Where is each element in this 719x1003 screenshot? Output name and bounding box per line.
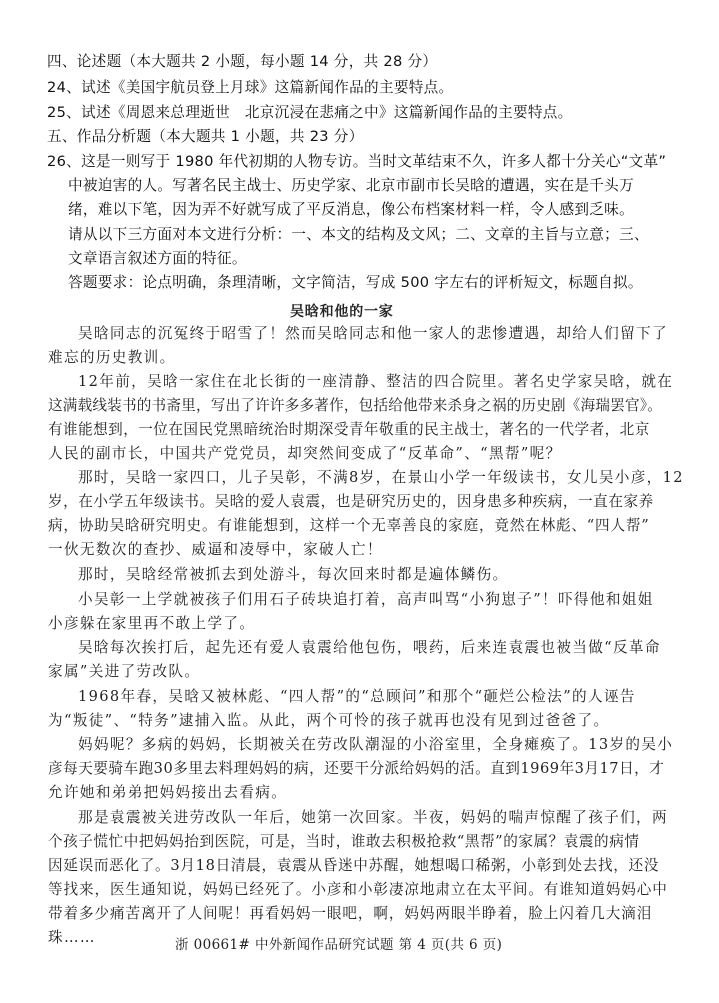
article-line: 彦每天要骑车跑30多里去料理妈妈的病，还要干分派给妈妈的活。直到1969年3月1… [48,759,664,779]
article-line: 为“叛徒”、“特务”逮捕入监。从此，两个可怜的孩子就再也没有见到过爸爸了。 [48,711,609,731]
article-line: 那时，吴晗经常被抓去到处游斗，每次回来时都是遍体鳞伤。 [78,565,508,585]
question-26-line: 26、这是一则写于 1980 年代初期的人物专访。当时文革结束不久，许多人都十分… [47,152,666,172]
article-line: 小彦躲在家里再不敢上学了。 [48,614,255,634]
page-footer: 浙 00661# 中外新闻作品研究试题 第 4 页(共 6 页) [175,935,502,955]
article-line: 因延误而恶化了。3月18日清晨，袁震从昏迷中苏醒，她想喝口稀粥，小彰到处去找，还… [48,856,659,876]
article-line: 那是袁震被关进劳改队一年后，她第一次回家。半夜，妈妈的喘声惊醒了孩子们，两 [78,808,668,828]
article-line: 带着多少痛苦离开了人间呢！再看妈妈一眼吧，啊，妈妈两眼半睁着，脸上闪着几大滴泪 [48,904,652,924]
article-line: 个孩子慌忙中把妈妈抬到医院，可是，当时，谁敢去积极抢救“黑帮”的家属？袁震的病情 [48,832,640,852]
article-line: 妈妈呢？多病的妈妈，长期被关在劳改队潮湿的小浴室里，全身瘫痪了。13岁的吴小 [78,735,673,755]
article-line: 小吴彰一上学就被孩子们用石子砖块追打着，高声叫骂“小狗崽子”！吓得他和姐姐 [78,590,654,610]
article-line: 允许她和弟弟把妈妈接出去看病。 [48,783,287,803]
article-title: 吴晗和他的一家 [290,302,394,322]
article-line: 12年前，吴晗一家住在北长街的一座清静、整洁的四合院里。著名史学家吴晗，就在 [78,372,673,392]
question-24: 24、试述《美国宇航员登上月球》这篇新闻作品的主要特点。 [47,78,453,98]
question-26-line: 绪，难以下笔，因为弄不好就写成了平反消息，像公布档案材料一样，令人感到乏味。 [68,200,634,220]
section-heading-essay: 四、论述题（本大题共 2 小题，每小题 14 分，共 28 分） [47,52,437,72]
question-26-line: 文章语言叙述方面的特征。 [68,249,247,269]
question-26-line: 请从以下三方面对本文进行分析：一、本文的结构及文风；二、文章的主旨与立意；三、 [68,225,649,245]
question-26-line: 中被迫害的人。写著名民主战士、历史学家、北京市副市长吴晗的遭遇，实在是千头万 [68,176,634,196]
exam-page: 四、论述题（本大题共 2 小题，每小题 14 分，共 28 分） 24、试述《美… [0,0,719,1003]
article-line: 难忘的历史教训。 [48,348,176,368]
article-line: 一伙无数次的查抄、威逼和凌辱中，家破人亡！ [48,540,383,560]
question-25: 25、试述《周恩来总理逝世 北京沉浸在悲痛之中》这篇新闻作品的主要特点。 [47,103,573,123]
article-line: 人民的副市长，中国共产党党员，却突然间变成了“反革命”、“黑帮”呢？ [48,444,562,464]
section-heading-analysis: 五、作品分析题（本大题共 1 小题，共 23 分） [47,127,364,147]
answer-requirements: 答题要求：论点明确，条理清晰，文字简洁，写成 500 字左右的评析短文，标题自拟… [68,273,643,293]
article-line: 有谁能想到，一位在国民党黑暗统治时期深受青年敬重的民主战士，著名的一代学者，北京 [48,420,650,440]
article-line: 等找来，医生通知说，妈妈已经死了。小彦和小彰凄凉地肃立在太平间。有谁知道妈妈心中 [48,880,668,900]
article-line: 吴晗同志的沉冤终于昭雪了！然而吴晗同志和他一家人的悲惨遭遇，却给人们留下了 [78,324,668,344]
article-line: 家属”关进了劳改队。 [48,662,200,682]
article-line: 1968年春，吴晗又被林彪、“四人帮”的“总顾问”和那个“砸烂公检法”的人诬告 [78,687,636,707]
article-line: 吴晗每次挨打后，起先还有爱人袁震给他包伤，喂药，后来连袁震也被当做“反革命 [78,638,661,658]
article-line: 珠…… [48,928,96,948]
article-line: 岁，在小学五年级读书。吴晗的爱人袁震，也是研究历史的，因身患多种疾病，一直在家养 [48,492,654,512]
article-line: 这满载线装书的书斋里，写出了许许多多著作，包括给他带来杀身之祸的历史剧《海瑞罢官… [48,396,662,416]
article-line: 那时，吴晗一家四口，儿子吴彰，不满8岁，在景山小学一年级读书，女儿吴小彦，12 [78,468,684,488]
article-line: 病，协助吴晗研究明史。有谁能想到，这样一个无辜善良的家庭，竟然在林彪、“四人帮” [48,516,650,536]
